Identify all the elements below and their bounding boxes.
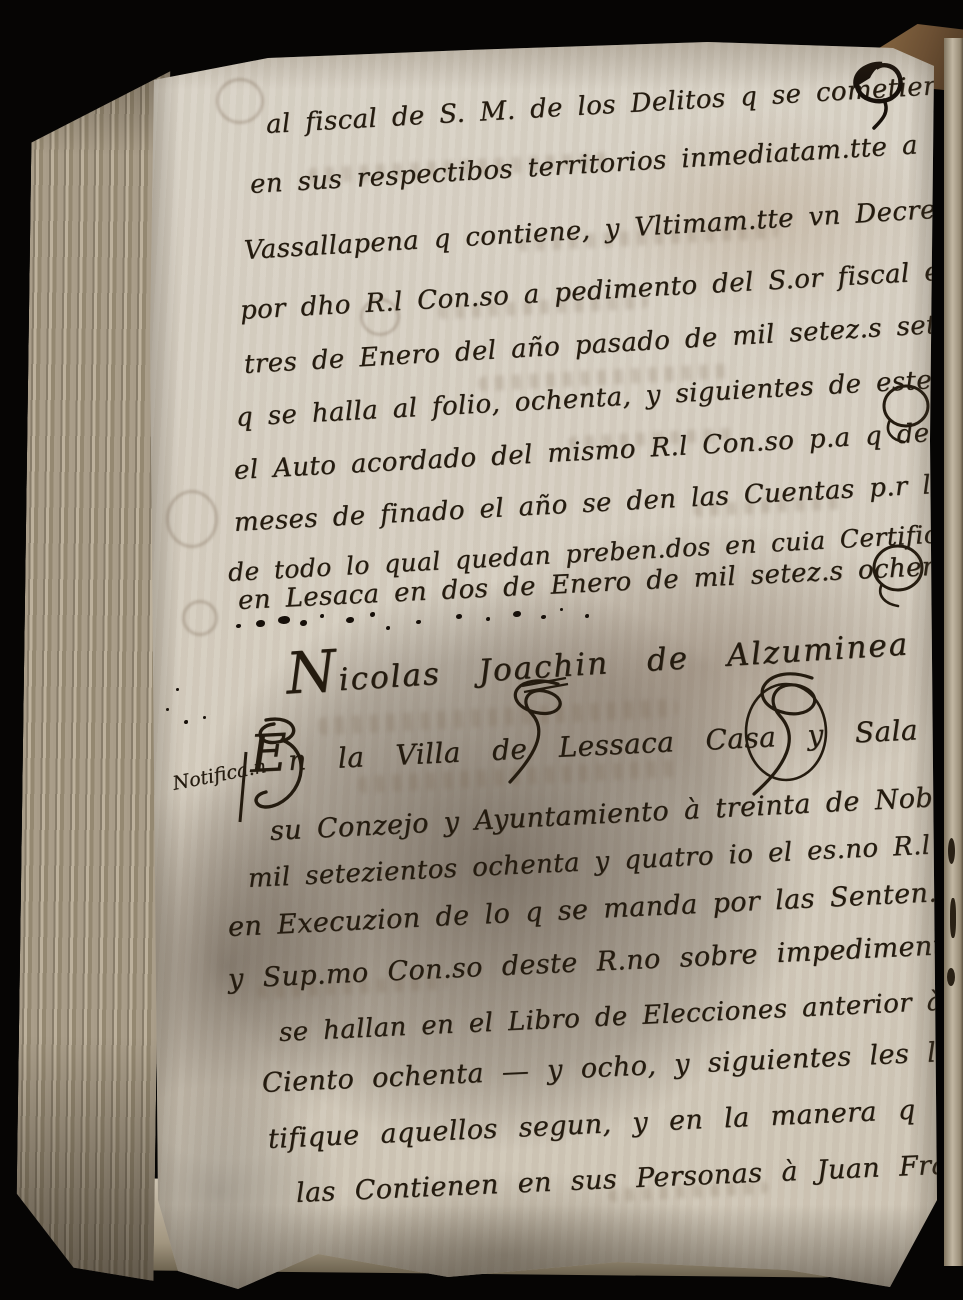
ink-spatter: [486, 617, 490, 621]
ink-spatter: [203, 716, 206, 719]
manuscript-photo: al fiscal de S. M. de los Delitos q se c…: [0, 0, 963, 1300]
ink-mark: [950, 898, 956, 938]
showthrough-curl: [182, 600, 218, 636]
ink-spatter: [370, 612, 375, 617]
line-end-flourish-icon: [876, 380, 934, 446]
page-edge-stack: [15, 57, 170, 1281]
manuscript-line: Vassallapena q contiene, y Vltimam.tte v…: [243, 185, 963, 266]
ink-spatter: [256, 620, 265, 627]
next-page-sliver: [944, 38, 963, 1266]
showthrough-curl: [166, 490, 218, 548]
ink-spatter: [300, 620, 307, 626]
ink-spatter: [320, 614, 324, 618]
ink-spatter: [416, 620, 421, 624]
manuscript-line: tifique aquellos segun, y en la manera q…: [267, 1090, 963, 1155]
ink-spatter: [184, 720, 188, 724]
ink-spatter: [386, 626, 390, 630]
ink-spatter: [456, 614, 462, 619]
ink-spatter: [176, 688, 179, 691]
ink-spatter: [541, 615, 546, 619]
showthrough-curl: [216, 78, 264, 124]
ink-spatter: [166, 708, 169, 711]
ink-spatter: [236, 624, 241, 628]
ink-spatter: [278, 616, 290, 624]
ink-mark: [947, 968, 955, 986]
ink-mark: [948, 838, 955, 864]
manuscript-page: al fiscal de S. M. de los Delitos q se c…: [148, 40, 940, 1292]
ink-spatter: [585, 614, 589, 618]
ink-paraph-icon: [844, 54, 916, 132]
ink-spatter: [513, 611, 521, 617]
ink-spatter: [560, 608, 563, 611]
ink-spatter: [346, 617, 354, 623]
line-end-flourish-icon: [866, 540, 928, 610]
